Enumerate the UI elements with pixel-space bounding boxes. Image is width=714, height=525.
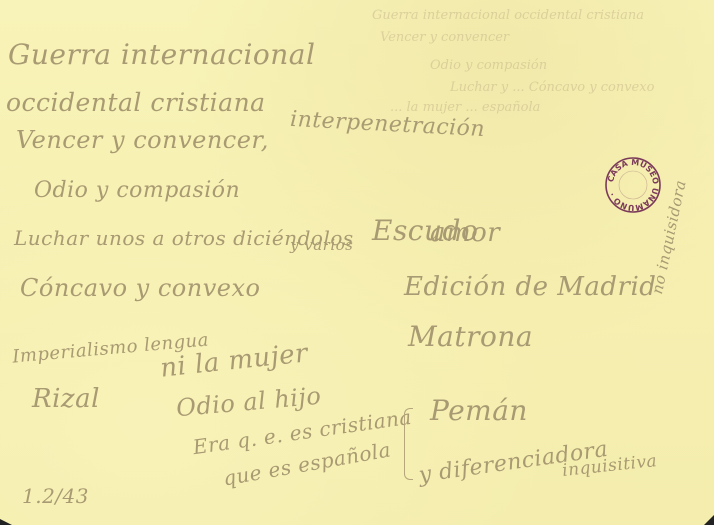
bracket-mark <box>404 408 413 480</box>
handwritten-line: Pemán <box>430 394 528 427</box>
casa-museo-unamuno-stamp-icon: CASA MUSEO UNAMUNO · <box>604 156 662 214</box>
handwritten-line: Rizal <box>32 384 100 414</box>
date: 1.2/43 <box>22 484 89 508</box>
bleed-through-line: Luchar y ... Cóncavo y convexo <box>450 80 654 95</box>
bleed-through-line: Vencer y convencer <box>380 30 509 45</box>
handwritten-line: Cóncavo y convexo <box>20 274 260 302</box>
bleed-through-line: Odio y compasión <box>430 58 547 73</box>
document-page: Guerra internacional occidental cristian… <box>0 0 714 525</box>
handwritten-line: Odio y compasión <box>34 178 240 203</box>
handwritten-line: Vencer y convencer, <box>16 126 269 154</box>
scan-corner-shadow <box>0 519 12 525</box>
handwritten-line: amor <box>430 218 500 248</box>
handwritten-line: Guerra internacional <box>8 38 315 71</box>
handwritten-line: Odio al hijo <box>175 382 322 423</box>
handwritten-line: y varios <box>290 236 353 254</box>
bleed-through-line: Guerra internacional occidental cristian… <box>372 8 644 23</box>
handwritten-line: occidental cristiana <box>6 88 266 117</box>
handwritten-line: Edición de Madrid <box>404 272 656 302</box>
handwritten-line: Matrona <box>408 320 533 353</box>
scan-corner-shadow <box>704 515 714 525</box>
